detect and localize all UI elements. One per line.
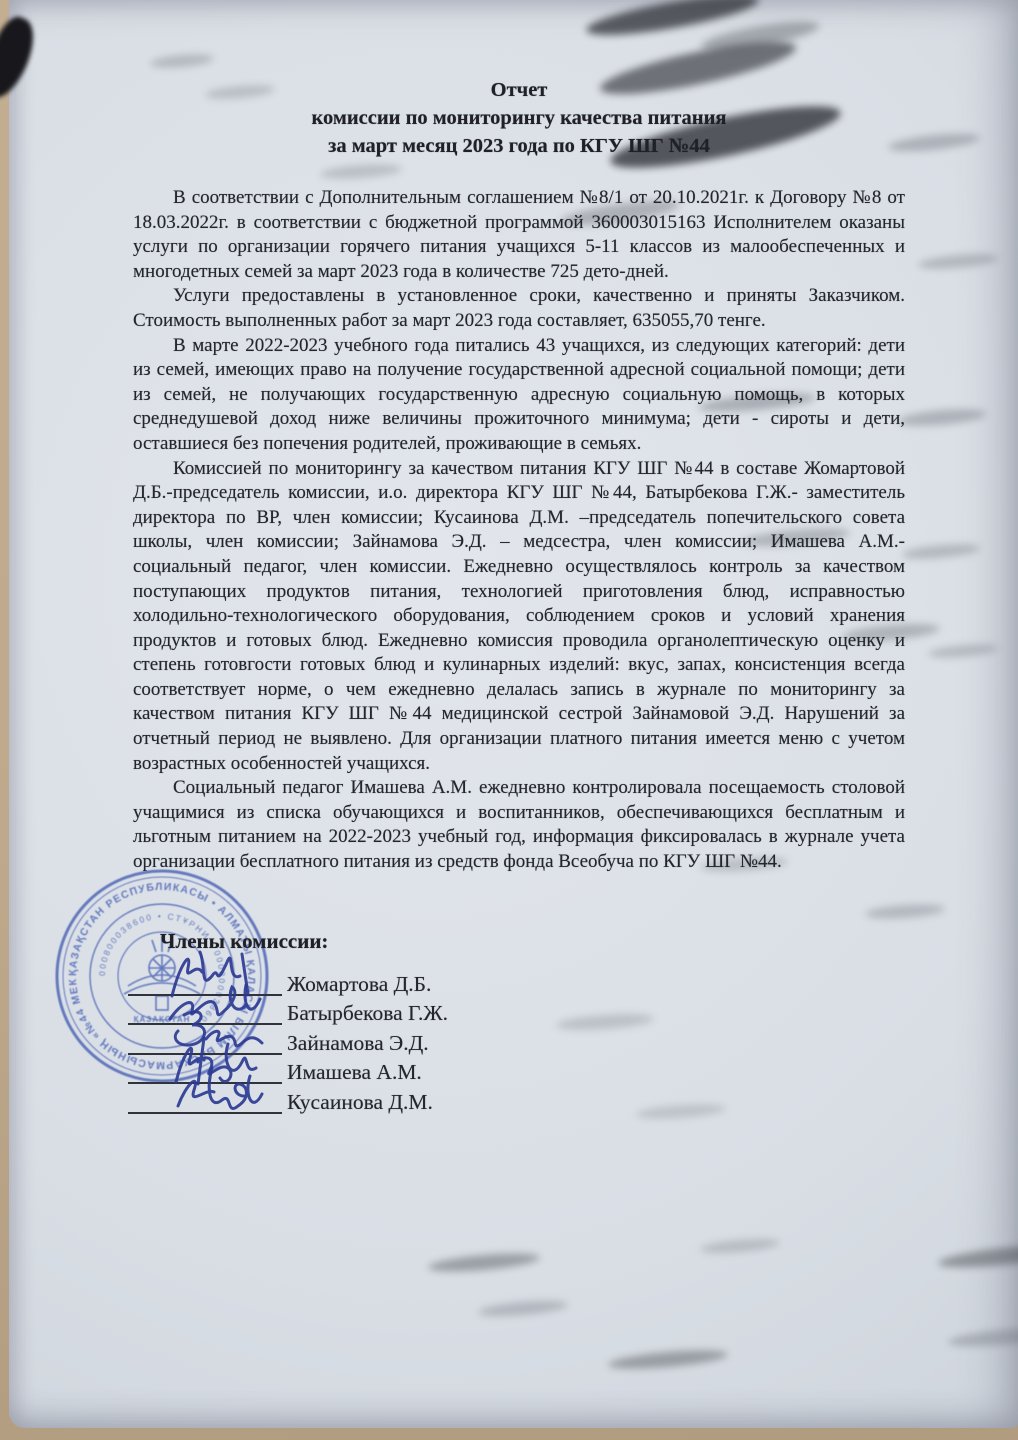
signer-name: Батырбекова Г.Ж. [287, 1002, 448, 1025]
title-line-2: комиссии по мониторингу качества питания [133, 104, 905, 132]
photographed-document: { "document": { "title": [ "Отчет", "ком… [0, 0, 1018, 1440]
paragraph-4: Комиссией по мониторингу за качеством пи… [133, 457, 905, 777]
handwritten-signature [162, 1064, 294, 1122]
report-title: Отчет комиссии по мониторингу качества п… [133, 76, 905, 160]
paragraph-3: В марте 2022-2023 учебного года питались… [133, 334, 905, 457]
title-line-3: за март месяц 2023 года по КГУ ШГ №44 [133, 132, 905, 160]
paragraph-1: В соответствии с Дополнительным соглашен… [133, 186, 905, 284]
signer-name: Кусаинова Д.М. [287, 1091, 433, 1114]
signer-name: Зайнамова Э.Д. [287, 1032, 429, 1055]
signatures-list: Жомартова Д.Б. Батырбекова Г.Ж. Зайнамов… [128, 966, 448, 1114]
report-body: В соответствии с Дополнительным соглашен… [133, 186, 905, 875]
paragraph-2: Услуги предоставлены в установленное сро… [133, 284, 905, 333]
signer-name: Жомартова Д.Б. [287, 973, 431, 996]
paragraph-5: Социальный педагог Имашева А.М. ежедневн… [133, 776, 905, 874]
title-line-1: Отчет [133, 76, 905, 104]
signer-name: Имашева А.М. [287, 1061, 422, 1084]
signature-row: Кусаинова Д.М. [128, 1084, 448, 1114]
